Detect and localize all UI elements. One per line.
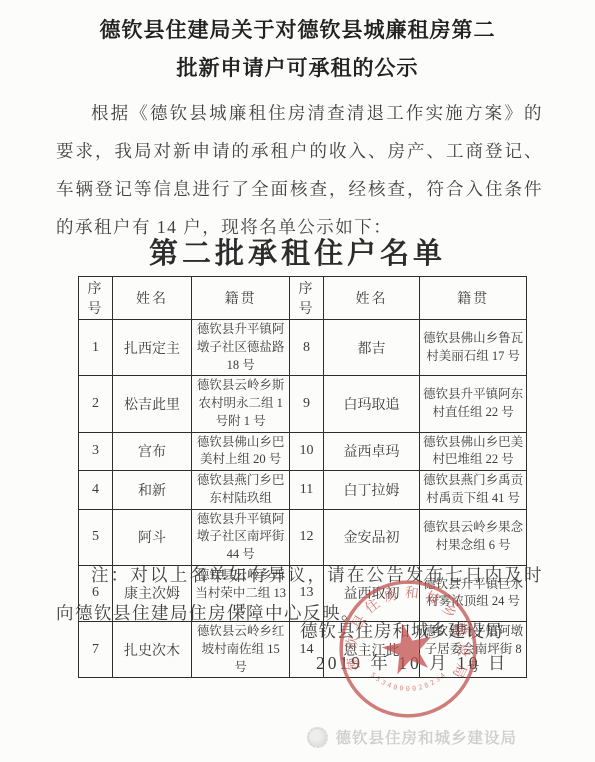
cell-name: 扎西定主 <box>113 320 192 376</box>
footer-watermark-text: 德钦县住房和城乡建设局 <box>335 726 517 748</box>
cell-seq: 10 <box>290 432 323 471</box>
cell-addr: 德钦县佛山乡巴美村巴堆组 22 号 <box>420 432 527 471</box>
cell-name: 和新 <box>113 471 192 510</box>
col-header-name-right: 姓名 <box>323 277 420 320</box>
cell-addr: 德钦县升平镇阿东村直任组 22 号 <box>420 376 527 432</box>
cell-seq: 2 <box>79 376 113 432</box>
cell-addr: 德钦县升平镇阿墩子社区德盐路 18 号 <box>191 320 290 376</box>
notice-document: 德钦县住建局关于对德钦县城廉租房第二 批新申请户可承租的公示 根据《德钦县城廉租… <box>0 0 595 762</box>
cell-name: 都吉 <box>323 320 420 376</box>
table-row: 2 松吉此里 德钦县云岭乡斯农村明永二组 1 号附 1 号 9 白玛取追 德钦县… <box>79 376 527 432</box>
table-header-row: 序号 姓名 籍贯 序号 姓名 籍贯 <box>79 277 527 320</box>
cell-name: 益西卓玛 <box>323 432 420 471</box>
cell-seq: 11 <box>290 471 323 510</box>
footer-watermark: 德钦县住房和城乡建设局 <box>307 726 517 748</box>
intro-paragraph: 根据《德钦县城廉租住房清查清退工作实施方案》的要求，我局对新申请的承租户的收入、… <box>56 94 543 246</box>
col-header-addr-left: 籍贯 <box>191 277 290 320</box>
page-title-line2: 批新申请户可承租的公示 <box>40 50 555 88</box>
roster-title: 第二批承租住户名单 <box>0 231 595 272</box>
cell-name: 白玛取追 <box>323 376 420 432</box>
cell-seq: 9 <box>290 376 323 432</box>
cell-addr: 德钦县佛山乡巴美村上组 20 号 <box>191 432 290 471</box>
col-header-seq-right: 序号 <box>290 277 323 320</box>
cell-addr: 德钦县燕门乡禹贡村禹贡下组 41 号 <box>420 471 527 510</box>
cell-addr: 德钦县佛山乡鲁瓦村美丽石组 17 号 <box>420 320 527 376</box>
agency-emblem-icon <box>307 727 328 748</box>
table-row: 1 扎西定主 德钦县升平镇阿墩子社区德盐路 18 号 8 都吉 德钦县佛山乡鲁瓦… <box>79 320 527 376</box>
cell-name: 松吉此里 <box>113 376 192 432</box>
col-header-seq-left: 序号 <box>79 277 113 320</box>
table-row: 4 和新 德钦县燕门乡巴东村陆玖组 11 白丁拉姆 德钦县燕门乡禹贡村禹贡下组 … <box>79 471 527 510</box>
issue-date: 2019 年 10 月 10 日 <box>316 650 508 675</box>
cell-seq: 4 <box>79 471 113 510</box>
cell-name: 白丁拉姆 <box>323 471 420 510</box>
col-header-addr-right: 籍贯 <box>420 277 527 320</box>
page-title: 德钦县住建局关于对德钦县城廉租房第二 批新申请户可承租的公示 <box>40 12 555 88</box>
table-row: 3 宫布 德钦县佛山乡巴美村上组 20 号 10 益西卓玛 德钦县佛山乡巴美村巴… <box>79 432 527 471</box>
page-title-line1: 德钦县住建局关于对德钦县城廉租房第二 <box>40 12 555 50</box>
col-header-name-left: 姓名 <box>113 277 192 320</box>
cell-addr: 德钦县云岭乡斯农村明永二组 1 号附 1 号 <box>191 376 290 432</box>
cell-addr: 德钦县燕门乡巴东村陆玖组 <box>191 471 290 510</box>
cell-seq: 3 <box>79 432 113 471</box>
issuer-signature: 德钦县住房和城乡建设局 <box>300 618 504 643</box>
cell-seq: 1 <box>79 320 113 376</box>
cell-seq: 8 <box>290 320 323 376</box>
cell-name: 宫布 <box>113 432 192 471</box>
